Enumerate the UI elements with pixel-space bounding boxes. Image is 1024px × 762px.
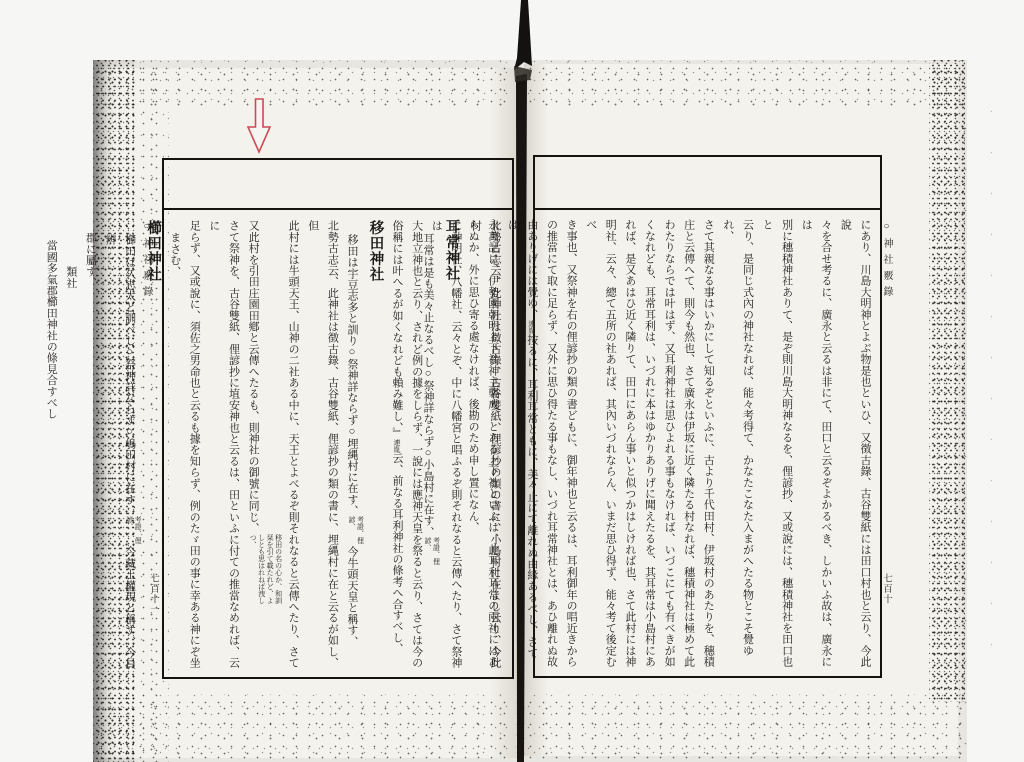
annotation-arrow-down-icon [0,0,1024,762]
scanned-book-spread: ○神社覈錄 ○神社覈錄 七百十 七百十一 にあり、川島大明神とよぶ物是也といひ、… [0,0,1024,762]
